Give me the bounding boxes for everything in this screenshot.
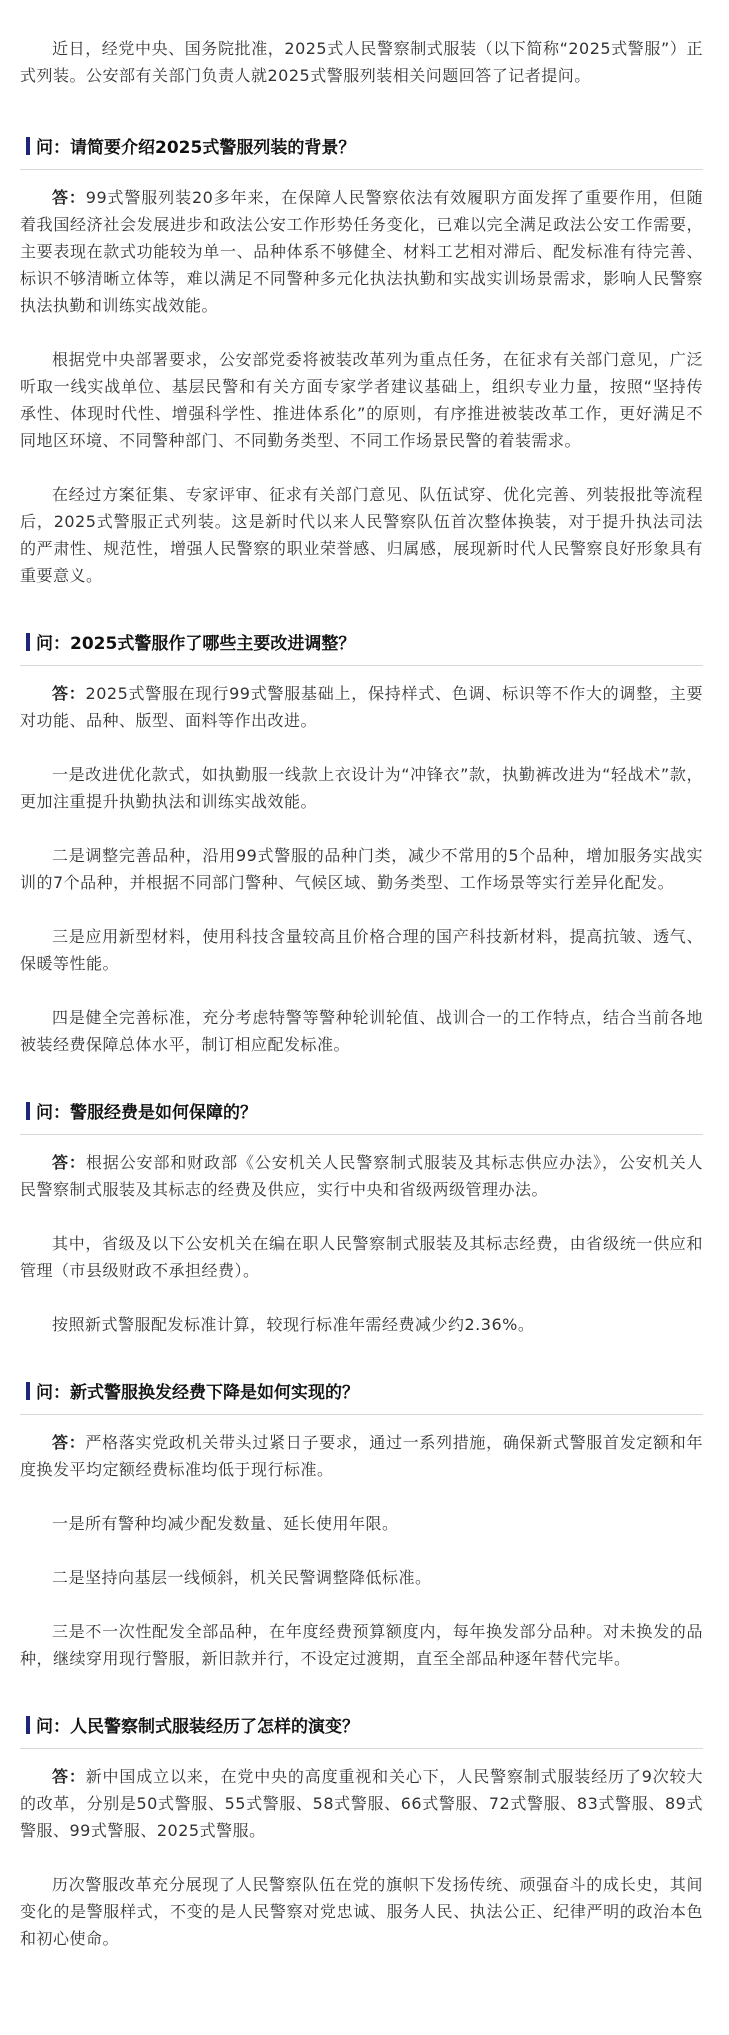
body-paragraph: 二是调整完善品种，沿用99式警服的品种门类，减少不常用的5个品种，增加服务实战实… <box>20 842 703 896</box>
answer-paragraph: 答：严格落实党政机关带头过紧日子要求，通过一系列措施，确保新式警服首发定额和年度… <box>20 1429 703 1483</box>
answer-paragraph: 答：新中国成立以来，在党中央的高度重视和关心下，人民警察制式服装经历了9次较大的… <box>20 1763 703 1844</box>
answer-text: 根据公安部和财政部《公安机关人民警察制式服装及其标志供应办法》，公安机关人民警察… <box>20 1153 703 1199</box>
question-heading: 问：请简要介绍2025式警服列装的背景？ <box>20 133 703 170</box>
question-heading: 问：2025式警服作了哪些主要改进调整？ <box>20 629 703 666</box>
answer-paragraph: 答：根据公安部和财政部《公安机关人民警察制式服装及其标志供应办法》，公安机关人民… <box>20 1149 703 1203</box>
body-paragraph: 根据党中央部署要求，公安部党委将被装改革列为重点任务，在征求有关部门意见，广泛听… <box>20 346 703 454</box>
answer-text: 99式警服列装20多年来，在保障人民警察依法有效履职方面发挥了重要作用，但随着我… <box>20 188 703 315</box>
article-body: 近日，经党中央、国务院批准，2025式人民警察制式服装（以下简称“2025式警服… <box>0 0 729 2019</box>
heading-accent-bar-icon <box>26 633 30 651</box>
answer-label: 答： <box>52 684 86 703</box>
question-text: 问：请简要介绍2025式警服列装的背景？ <box>36 138 355 158</box>
answer-label: 答： <box>52 188 86 207</box>
qa-section-funding: 问：警服经费是如何保障的？ 答：根据公安部和财政部《公安机关人民警察制式服装及其… <box>20 1098 703 1338</box>
answer-label: 答： <box>52 1433 85 1452</box>
heading-accent-bar-icon <box>26 1102 30 1120</box>
answer-label: 答： <box>52 1153 86 1172</box>
body-paragraph: 其中，省级及以下公安机关在编在职人民警察制式服装及其标志经费，由省级统一供应和管… <box>20 1230 703 1284</box>
question-heading: 问：警服经费是如何保障的？ <box>20 1098 703 1135</box>
qa-section-cost-reduction: 问：新式警服换发经费下降是如何实现的？ 答：严格落实党政机关带头过紧日子要求，通… <box>20 1378 703 1672</box>
question-text: 问：人民警察制式服装经历了怎样的演变？ <box>36 1717 359 1737</box>
question-heading: 问：新式警服换发经费下降是如何实现的？ <box>20 1378 703 1415</box>
answer-text: 新中国成立以来，在党中央的高度重视和关心下，人民警察制式服装经历了9次较大的改革… <box>20 1767 703 1840</box>
body-paragraph: 一是所有警种均减少配发数量、延长使用年限。 <box>20 1510 703 1537</box>
qa-section-history: 问：人民警察制式服装经历了怎样的演变？ 答：新中国成立以来，在党中央的高度重视和… <box>20 1712 703 1952</box>
answer-paragraph: 答：99式警服列装20多年来，在保障人民警察依法有效履职方面发挥了重要作用，但随… <box>20 184 703 319</box>
body-paragraph: 历次警服改革充分展现了人民警察队伍在党的旗帜下发扬传统、顽强奋斗的成长史，其间变… <box>20 1871 703 1952</box>
body-paragraph: 按照新式警服配发标准计算，较现行标准年需经费减少约2.36%。 <box>20 1311 703 1338</box>
answer-label: 答： <box>52 1767 86 1786</box>
body-paragraph: 三是不一次性配发全部品种，在年度经费预算额度内，每年换发部分品种。对未换发的品种… <box>20 1618 703 1672</box>
answer-text: 严格落实党政机关带头过紧日子要求，通过一系列措施，确保新式警服首发定额和年度换发… <box>20 1433 703 1479</box>
intro-paragraph: 近日，经党中央、国务院批准，2025式人民警察制式服装（以下简称“2025式警服… <box>20 35 703 89</box>
qa-section-improvements: 问：2025式警服作了哪些主要改进调整？ 答：2025式警服在现行99式警服基础… <box>20 629 703 1058</box>
question-heading: 问：人民警察制式服装经历了怎样的演变？ <box>20 1712 703 1749</box>
answer-paragraph: 答：2025式警服在现行99式警服基础上，保持样式、色调、标识等不作大的调整，主… <box>20 680 703 734</box>
body-paragraph: 二是坚持向基层一线倾斜，机关民警调整降低标准。 <box>20 1564 703 1591</box>
body-paragraph: 四是健全完善标准，充分考虑特警等警种轮训轮值、战训合一的工作特点，结合当前各地被… <box>20 1004 703 1058</box>
qa-section-background: 问：请简要介绍2025式警服列装的背景？ 答：99式警服列装20多年来，在保障人… <box>20 133 703 589</box>
question-text: 问：2025式警服作了哪些主要改进调整？ <box>36 634 355 654</box>
body-paragraph: 一是改进优化款式，如执勤服一线款上衣设计为“冲锋衣”款，执勤裤改进为“轻战术”款… <box>20 761 703 815</box>
heading-accent-bar-icon <box>26 137 30 155</box>
heading-accent-bar-icon <box>26 1716 30 1734</box>
body-paragraph: 在经过方案征集、专家评审、征求有关部门意见、队伍试穿、优化完善、列装报批等流程后… <box>20 481 703 589</box>
heading-accent-bar-icon <box>26 1382 30 1400</box>
answer-text: 2025式警服在现行99式警服基础上，保持样式、色调、标识等不作大的调整，主要对… <box>20 684 703 730</box>
question-text: 问：新式警服换发经费下降是如何实现的？ <box>36 1383 359 1403</box>
question-text: 问：警服经费是如何保障的？ <box>36 1103 257 1123</box>
body-paragraph: 三是应用新型材料，使用科技含量较高且价格合理的国产科技新材料，提高抗皱、透气、保… <box>20 923 703 977</box>
